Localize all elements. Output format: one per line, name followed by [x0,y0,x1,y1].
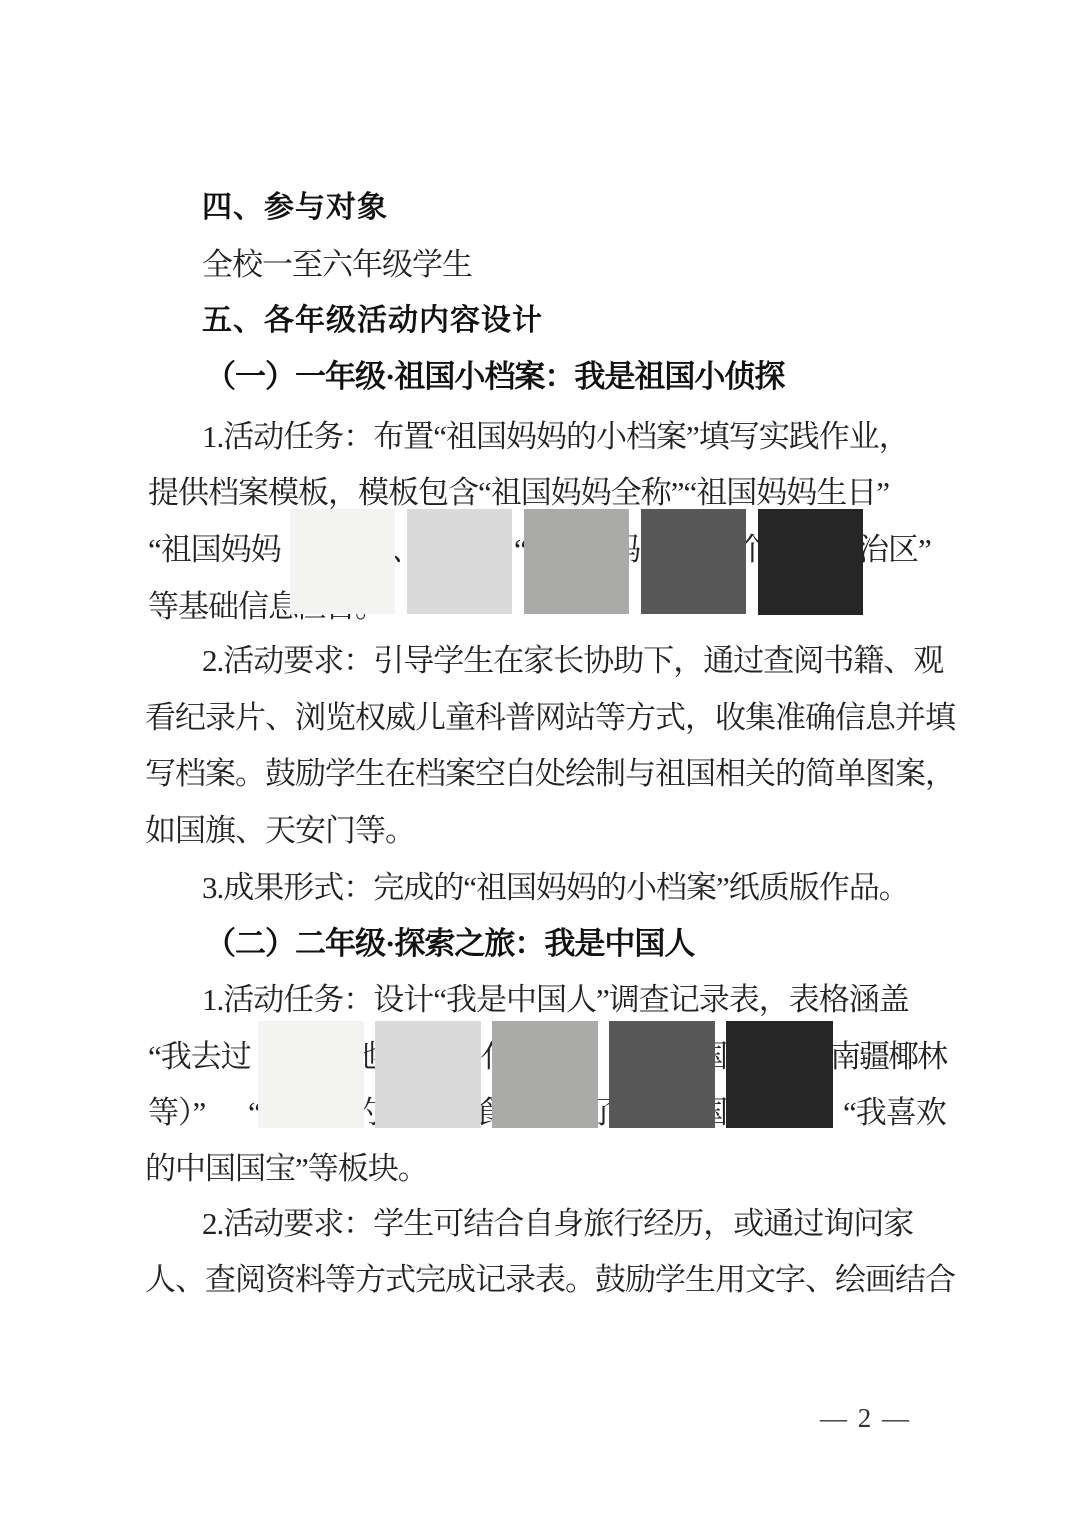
redaction-swatch-row1-4 [641,509,746,614]
redaction-swatch-row2-1 [258,1021,364,1128]
paragraph1-line1: 1.活动任务：布置“祖国妈妈的小档案”填写实践作业， [202,421,909,452]
redaction-swatch-row1-3 [524,509,629,614]
paragraph4-line3-fragment: 等）” [148,1097,205,1128]
subsection-heading-grade1: （一）一年级·祖国小档案：我是祖国小侦探 [205,361,784,392]
paragraph1-line4: 等基础信息 [148,591,298,622]
paragraph4-line2-fragment: “我去过 [148,1041,251,1072]
paragraph1-line3-fragment: “祖国妈妈 [148,534,281,565]
redaction-swatch-row2-3 [492,1021,598,1128]
section-4-body: 全校一至六年级学生 [202,249,472,280]
paragraph2-line3: 写档案。鼓励学生在档案空白处绘制与祖国相关的简单图案， [145,758,955,789]
redaction-swatch-row1-5 [758,509,863,615]
redaction-swatch-row2-4 [609,1021,715,1128]
paragraph1-line3-fragment: 治区” [858,534,931,565]
redaction-swatch-row2-5 [726,1021,833,1128]
paragraph1-line2: 提供档案模板，模板包含“祖国妈妈全称”“祖国妈妈生日” [148,477,889,508]
subsection-heading-grade2: （二）二年级·探索之旅：我是中国人 [205,928,694,959]
document-page: 四、参与对象 全校一至六年级学生 五、各年级活动内容设计 （一）一年级·祖国小档… [0,0,1080,1527]
paragraph4-line4: 的中国国宝”等板块。 [145,1153,428,1184]
redaction-swatch-row2-2 [375,1021,481,1128]
section-heading-4: 四、参与对象 [202,193,388,223]
paragraph4-line3-fragment: “我喜欢 [843,1097,946,1128]
page-number: — 2 — [820,1403,911,1434]
section-heading-5: 五、各年级活动内容设计 [202,306,543,336]
paragraph2-line1: 2.活动要求：引导学生在家长协助下，通过查阅书籍、观 [202,645,943,676]
paragraph4-line2-fragment: 南疆椰林 [830,1041,946,1072]
redaction-swatch-row1-2 [407,509,512,614]
paragraph4-line1: 1.活动任务：设计“我是中国人”调查记录表，表格涵盖 [202,984,909,1015]
paragraph5-line2: 人、查阅资料等方式完成记录表。鼓励学生用文字、绘画结合 [145,1264,955,1295]
redaction-swatch-row1-1 [290,509,395,614]
paragraph2-line4: 如国旗、天安门等。 [145,815,415,846]
paragraph5-line1: 2.活动要求：学生可结合自身旅行经历，或通过询问家 [202,1208,913,1239]
paragraph2-line2: 看纪录片、浏览权威儿童科普网站等方式，收集准确信息并填 [145,702,955,733]
paragraph3-line1: 3.成果形式：完成的“祖国妈妈的小档案”纸质版作品。 [202,872,909,903]
